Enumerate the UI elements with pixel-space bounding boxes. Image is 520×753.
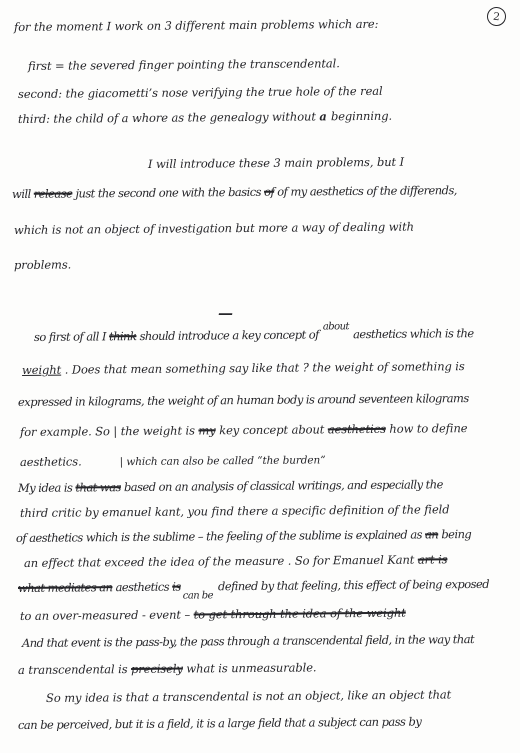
handwritten-text: aesthetics [112,580,172,595]
manuscript-line: which is not an object of investigation … [14,220,414,237]
handwritten-text: what is unmeasurable. [183,660,317,675]
manuscript-line: will release just the second one with th… [12,183,457,201]
crossed-out-text: an [425,527,438,541]
separator-dash: — [218,304,233,322]
crossed-out-text: that was [75,480,120,494]
paragraph-separator: — [218,304,233,322]
crossed-out-text: my [198,423,215,437]
inserted-text-below: can be [183,590,213,601]
handwritten-text: so first of all I [34,329,109,344]
crossed-out-text: to get through the idea of the weight [194,606,406,622]
manuscript-line: can be perceived, but it is a field, it … [18,714,421,732]
handwritten-text: of aesthetics which is the sublime – the… [16,527,425,545]
inserted-text-above: about [323,321,349,332]
manuscript-line-burden-note: aesthetics.| which can also be called “t… [20,452,326,469]
handwritten-text: of my aesthetics of the differends, [274,183,457,199]
handwritten-text: for the moment I work on 3 different mai… [14,17,378,34]
manuscript-line: And that event is the pass-by, the pass … [22,632,474,650]
handwritten-text: So my idea is that a transcendental is n… [46,687,451,705]
manuscript-line: an effect that exceed the idea of the me… [24,552,448,570]
manuscript-line-intro: for the moment I work on 3 different mai… [14,17,378,34]
handwritten-text: for example. So | the weight is [20,423,199,439]
manuscript-line: what mediates an aesthetics iscan be def… [18,577,489,595]
page-number: 2 [492,10,500,23]
handwritten-text: I will introduce these 3 main problems, … [148,155,404,171]
manuscript-page: 2 for the moment I work on 3 different m… [0,0,520,753]
crossed-out-text: precisely [131,662,183,676]
handwritten-text: aesthetics. [20,454,82,469]
handwritten-text: second: the giacometti’s nose verifying … [18,84,383,101]
manuscript-line: to an over-measured - event – to get thr… [20,606,406,623]
handwritten-text: My idea is [18,480,76,495]
handwritten-text: an effect that exceed the idea of the me… [24,553,418,570]
handwritten-text: . Does that mean something say like that… [61,359,465,377]
handwritten-text: being [438,527,471,541]
manuscript-line: a transcendental is precisely what is un… [18,660,317,677]
handwritten-text: defined by that feeling, this effect of … [215,577,489,593]
crossed-out-text: release [34,186,73,200]
manuscript-line-sublime: of aesthetics which is the sublime – the… [16,527,471,545]
crossed-out-text: what mediates an [18,580,113,595]
handwritten-text: to an over-measured - event – [20,607,194,623]
crossed-out-text: art is [418,552,448,566]
handwritten-text: beginning. [327,109,392,124]
handwritten-text: should introduce a key concept of [136,327,322,343]
handwritten-text: just the second one with the basics [72,185,264,201]
handwritten-text: a transcendental is [18,662,131,677]
manuscript-line: My idea is that was based on an analysis… [18,477,443,495]
crossed-out-text: aesthetics [328,422,386,437]
crossed-out-text: is [172,580,181,594]
manuscript-line: I will introduce these 3 main problems, … [148,155,404,171]
handwritten-text: expressed in kilograms, the weight of an… [18,391,469,409]
manuscript-line: problems. [14,258,71,272]
underlined-keyword: weight [22,363,61,377]
handwritten-text: first = the severed finger pointing the … [28,56,340,73]
handwritten-text: based on an analysis of classical writin… [121,477,443,494]
crossed-out-text: of [264,185,274,199]
manuscript-line-weight: weight . Does that mean something say li… [22,359,465,377]
manuscript-line-second-problem: second: the giacometti’s nose verifying … [18,84,383,101]
manuscript-line-kant: third critic by emanuel kant, you find t… [20,502,450,520]
handwritten-text: will [12,187,34,201]
manuscript-line-third-problem: third: the child of a whore as the genea… [18,109,392,126]
manuscript-line: so first of all I think should introduce… [34,326,474,344]
margin-note: | which can also be called “the burden” [120,454,326,468]
handwritten-text: can be perceived, but it is a field, it … [18,714,421,732]
handwritten-text: And that event is the pass-by, the pass … [22,632,474,650]
handwritten-text: third critic by emanuel kant, you find t… [20,502,450,520]
handwritten-text: third: the child of a whore as the genea… [18,109,320,126]
manuscript-line: So my idea is that a transcendental is n… [46,687,451,705]
handwritten-text: key concept about [216,422,328,437]
handwritten-text: problems. [14,258,71,272]
handwritten-text: how to define [386,421,468,436]
manuscript-line: expressed in kilograms, the weight of an… [18,391,469,409]
manuscript-line-first-problem: first = the severed finger pointing the … [28,56,340,73]
handwritten-text: which is not an object of investigation … [14,220,414,237]
page-number-badge: 2 [486,6,507,27]
crossed-out-text: think [109,329,136,343]
handwritten-text: aesthetics which is the [350,326,474,341]
manuscript-line: for example. So | the weight is my key c… [20,421,468,439]
